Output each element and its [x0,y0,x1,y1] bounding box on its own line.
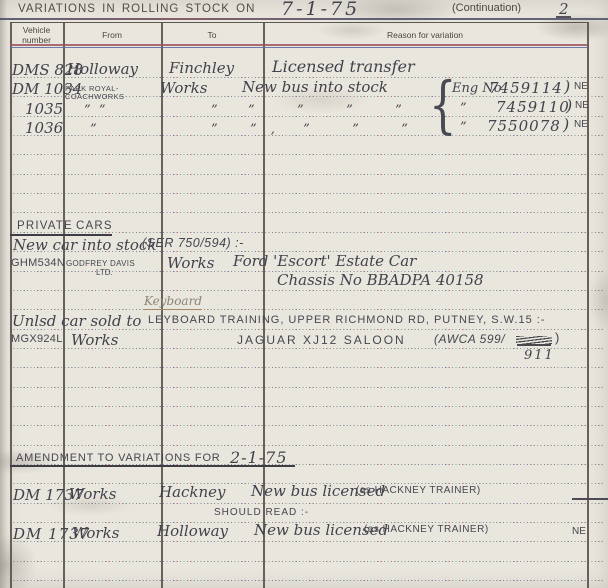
after-reason-caps: (as HACKNEY TRAINER) [364,524,489,535]
row4-vehicle: 1036 [25,119,63,137]
col-header-from: From [63,30,161,40]
mgx-plate-close: ) [555,330,559,345]
ruled-line [10,387,603,388]
ghm-from-line2: LTD. [96,268,113,277]
row1-reason: Licensed transfer [272,57,415,76]
before-to: Hackney [159,483,226,501]
sold-caps: LEYBOARD TRAINING, UPPER RICHMOND RD, PU… [148,314,546,326]
row4-from-ditto: ” [90,122,97,137]
after-ne-mark: NE [572,526,586,537]
continuation-label: (Continuation) [452,2,521,14]
new-car-intro: New car into stock [13,236,156,254]
col-header-vehicle: Vehicle number [11,26,62,46]
row4-eng-ditto: ” [460,120,467,135]
ruled-line [10,154,603,155]
ruled-line [10,290,603,291]
amendment-heading: AMENDMENT TO VARIATIONS FOR [16,452,221,464]
row4-reason-ditto: ” , ” ” ” [250,122,408,137]
row2-close-paren: ) [564,77,570,96]
plate-scribble-strikeout [516,336,552,344]
row3-ne-mark: NE [575,100,589,111]
private-cars-word1: PRIVATE [17,220,73,232]
pencil-note: Keyboard [144,294,202,310]
after-to: Holloway [157,522,228,540]
row4-close-paren: ) [563,115,569,134]
ghm-reason-line2: Chassis No BBADPA 40158 [277,271,484,289]
header-separator-blue [10,47,587,49]
ruled-line [10,425,603,426]
ruled-line [10,445,603,446]
row2-ne-mark: NE [574,81,588,92]
mgx-plate: (AWCA 599/ [434,332,505,346]
ghm-vehicle: GHM534N [11,257,65,269]
mgx-from: Works [71,331,118,349]
amendment-underline [10,465,295,467]
row1-from: Holloway [67,60,138,78]
ruled-line [10,561,603,562]
mgx-plate-correction: 911 [524,348,555,363]
ruled-line [10,212,603,213]
row3-reason-ditto: ” ” ” ” [248,103,402,118]
mgx-vehicle: MGX924L [11,333,63,345]
ledger-page: VARIATIONS IN ROLLING STOCK ON 7-1-75 (C… [0,0,608,588]
row3-vehicle: 1035 [25,100,63,118]
table-top-border [10,22,588,23]
before-trailing-dash [572,498,608,500]
table-vline-left [10,22,12,588]
row2-from-line2: COACHWORKS [65,92,124,101]
title-rule [0,18,608,20]
after-from: Works [72,524,119,542]
ruled-line [10,193,603,194]
row2-eng-no: 7459114 [489,79,563,97]
ruled-line [10,580,603,581]
col-header-to: To [161,30,263,40]
row4-to-ditto: ” [211,122,218,137]
should-read-label: SHOULD READ :- [214,507,309,518]
row3-close-paren: ) [566,96,572,115]
mgx-reason: JAGUAR XJ12 SALOON [237,333,406,347]
sold-intro: Unlsd car sold to [12,312,141,330]
header-separator-red [10,44,587,46]
ruled-line [10,174,603,175]
row1-to: Finchley [169,59,234,77]
row4-ne-mark: NE [574,119,588,130]
ghm-from-line1: GODFREY DAVIS [66,259,135,268]
row3-eng-no: 7459110 [496,98,570,116]
ruled-line [10,309,603,310]
col-header-reason: Reason for variation [263,30,587,40]
page-title: VARIATIONS IN ROLLING STOCK ON [18,3,255,15]
new-car-intro-ref: (SER 750/594) :- [142,236,244,250]
row2-to: Works [160,79,207,97]
before-from: Works [69,485,116,503]
row3-to-ditto: ” [211,103,218,118]
ghm-reason-line1: Ford 'Escort' Estate Car [233,252,416,270]
private-cars-word2: CARS [76,220,113,232]
before-reason-caps: (as HACKNEY TRAINER) [356,485,481,496]
row3-from-ditto: ” ” [84,103,106,118]
ruled-line [10,367,603,368]
ghm-to: Works [167,254,214,272]
row2-reason: New bus into stock [242,78,388,96]
row4-eng-no: 7550078 [487,117,561,135]
ruled-line [10,406,603,407]
row3-eng-ditto: ” [460,101,467,116]
